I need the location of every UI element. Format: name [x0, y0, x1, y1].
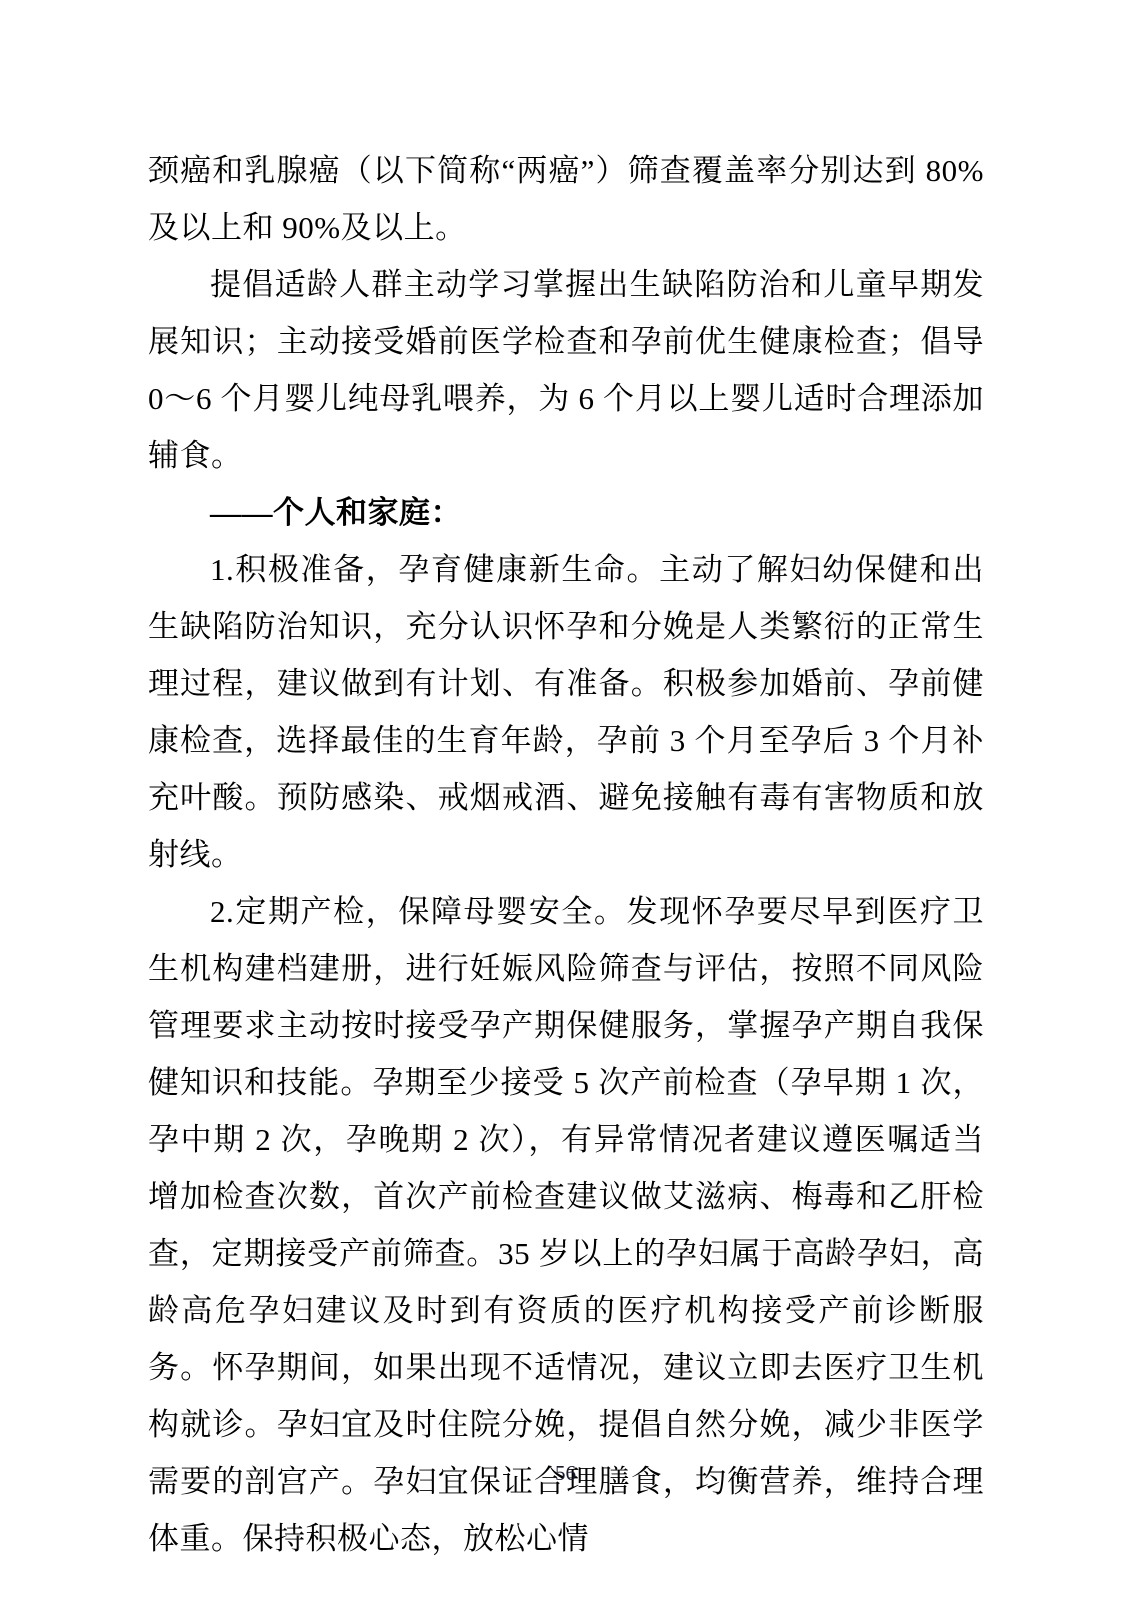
document-page: 颈癌和乳腺癌（以下简称“两癌”）筛查覆盖率分别达到 80%及以上和 90%及以上…	[0, 0, 1131, 1600]
paragraph-item-1-active-preparation: 1.积极准备，孕育健康新生命。主动了解妇幼保健和出生缺陷防治知识，充分认识怀孕和…	[148, 541, 984, 883]
paragraph-advocacy: 提倡适龄人群主动学习掌握出生缺陷防治和儿童早期发展知识；主动接受婚前医学检查和孕…	[148, 256, 984, 484]
section-heading-individuals-and-families: ——个人和家庭：	[148, 484, 984, 541]
page-number: 56	[0, 1460, 1131, 1486]
paragraph-screening-coverage: 颈癌和乳腺癌（以下简称“两癌”）筛查覆盖率分别达到 80%及以上和 90%及以上…	[148, 142, 984, 256]
page-body-text: 颈癌和乳腺癌（以下简称“两癌”）筛查覆盖率分别达到 80%及以上和 90%及以上…	[148, 142, 984, 1567]
